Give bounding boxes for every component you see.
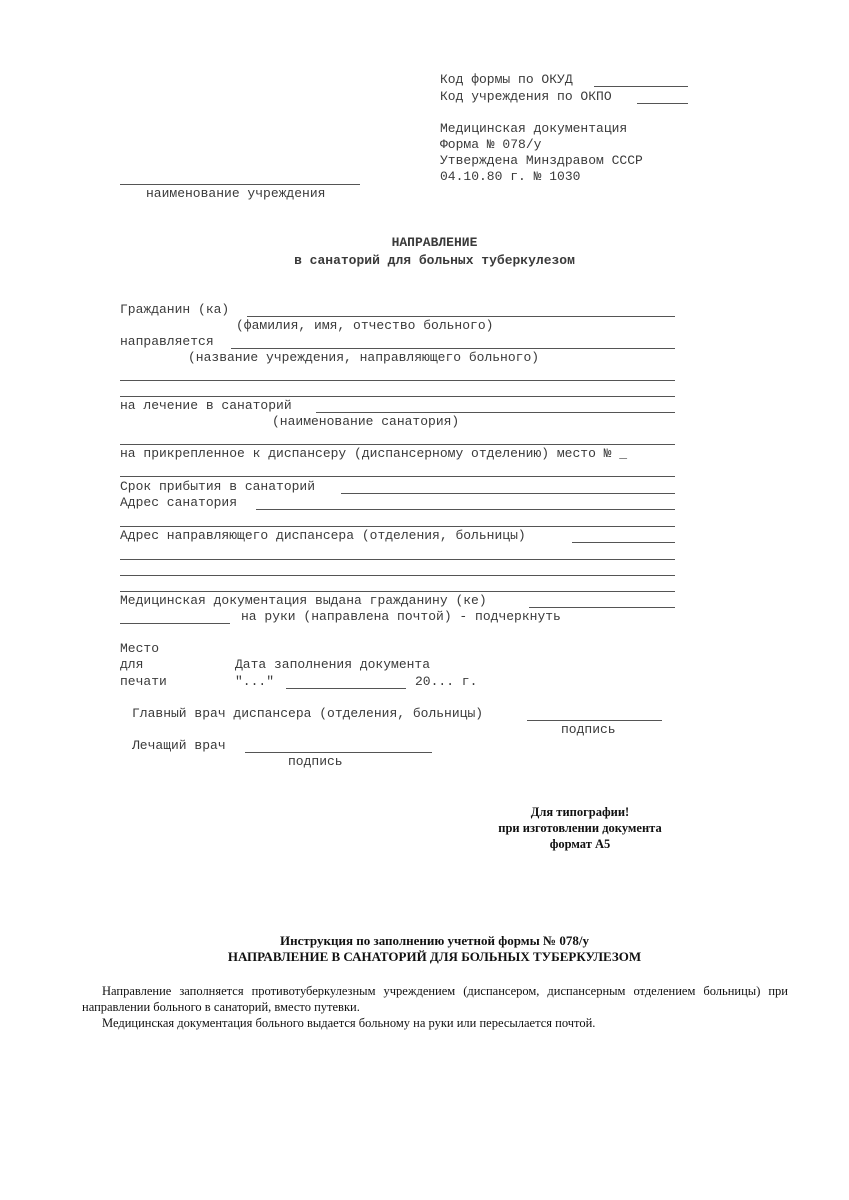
sent-caption: (название учреждения, направляющего боль… xyxy=(188,350,539,366)
blank-line[interactable] xyxy=(120,559,675,560)
blank-line[interactable] xyxy=(120,591,675,592)
chief-signature-caption: подпись xyxy=(561,722,616,738)
sanatorium-name-field[interactable] xyxy=(316,412,675,413)
chief-doctor-signature-field[interactable] xyxy=(527,720,662,721)
stamp-place-line2: для xyxy=(120,657,143,673)
approved-by: Утверждена Минздравом СССР xyxy=(440,153,643,169)
attached-label: на прикрепленное к диспансеру (диспансер… xyxy=(120,446,627,462)
doc-title: НАПРАВЛЕНИЕ xyxy=(0,235,849,251)
arrival-label: Срок прибытия в санаторий xyxy=(120,479,315,495)
attending-signature-caption: подпись xyxy=(288,754,343,770)
sanatorium-address-label: Адрес санатория xyxy=(120,495,237,511)
approval-date: 04.10.80 г. № 1030 xyxy=(440,169,580,185)
doc-type: Медицинская документация xyxy=(440,121,627,137)
citizen-label: Гражданин (ка) xyxy=(120,302,229,318)
arrival-date-field[interactable] xyxy=(341,493,675,494)
okpo-label: Код учреждения по ОКПО xyxy=(440,89,612,105)
date-day[interactable]: "..." xyxy=(235,674,274,690)
print-note-title: Для типографии! xyxy=(480,804,680,820)
blank-line[interactable] xyxy=(120,476,675,477)
treatment-label: на лечение в санаторий xyxy=(120,398,292,414)
form-number: Форма № 078/у xyxy=(440,137,541,153)
attending-doctor-label: Лечащий врач xyxy=(132,738,226,754)
docs-issued-label: Медицинская документация выдана граждани… xyxy=(120,593,487,609)
stamp-place-line1: Место xyxy=(120,641,159,657)
blank-line[interactable] xyxy=(120,396,675,397)
sending-institution-field[interactable] xyxy=(231,348,675,349)
blank-line[interactable] xyxy=(120,380,675,381)
treatment-caption: (наименование санатория) xyxy=(272,414,459,430)
fill-date-label: Дата заполнения документа xyxy=(235,657,430,673)
dispensary-address-label: Адрес направляющего диспансера (отделени… xyxy=(120,528,526,544)
okpo-field[interactable] xyxy=(637,103,688,104)
instruction-paragraph-1: Направление заполняется противотуберкуле… xyxy=(82,983,788,1015)
sanatorium-address-field[interactable] xyxy=(256,509,675,510)
dispensary-address-field[interactable] xyxy=(572,542,675,543)
blank-line[interactable] xyxy=(120,575,675,576)
citizen-name-field[interactable] xyxy=(247,316,675,317)
attending-doctor-signature-field[interactable] xyxy=(245,752,432,753)
citizen-caption: (фамилия, имя, отчество больного) xyxy=(236,318,493,334)
stamp-place-line3: печати xyxy=(120,674,167,690)
blank-line[interactable] xyxy=(120,444,675,445)
print-note-line2: при изготовлении документа xyxy=(480,820,680,836)
instruction-subtitle: НАПРАВЛЕНИЕ В САНАТОРИЙ ДЛЯ БОЛЬНЫХ ТУБЕ… xyxy=(0,949,849,965)
okud-field[interactable] xyxy=(594,86,688,87)
docs-recipient-field-cont[interactable] xyxy=(120,623,230,624)
docs-recipient-field[interactable] xyxy=(529,607,675,608)
doc-subtitle: в санаторий для больных туберкулезом xyxy=(0,253,849,269)
print-note-line3: формат А5 xyxy=(480,836,680,852)
sent-label: направляется xyxy=(120,334,214,350)
instruction-paragraph-2: Медицинская документация больного выдает… xyxy=(82,1015,788,1031)
date-month-field[interactable] xyxy=(286,688,406,689)
okud-label: Код формы по ОКУД xyxy=(440,72,573,88)
date-year[interactable]: 20... г. xyxy=(415,674,477,690)
docs-delivery-label: на руки (направлена почтой) - подчеркнут… xyxy=(241,609,561,625)
chief-doctor-label: Главный врач диспансера (отделения, боль… xyxy=(132,706,483,722)
instruction-title: Инструкция по заполнению учетной формы №… xyxy=(0,933,849,949)
institution-name-field[interactable] xyxy=(120,184,360,185)
institution-caption: наименование учреждения xyxy=(146,186,325,202)
blank-line[interactable] xyxy=(120,526,675,527)
